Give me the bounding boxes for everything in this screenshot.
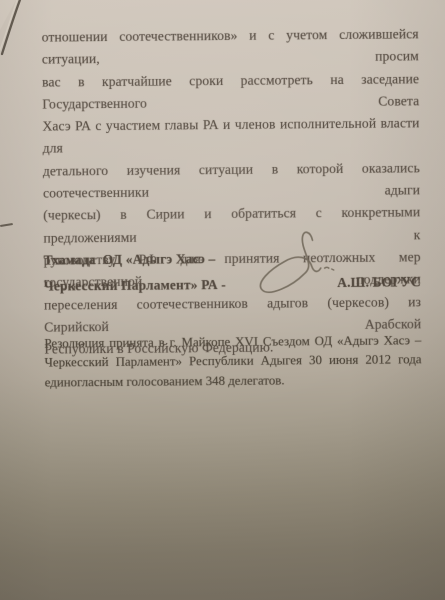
paragraph-line: (черкесы) в Сирии и обратиться с конкрет…: [43, 202, 420, 250]
paragraph-line: отношении соотечественников» и с учетом …: [42, 23, 419, 71]
document-content: отношении соотечественников» и с учетом …: [0, 0, 445, 600]
paragraph-line: Хасэ РА с участием главы РА и членов исп…: [42, 112, 419, 160]
main-paragraph: отношении соотечественников» и с учетом …: [42, 23, 422, 361]
note-line: Черкесский Парламент» Республики Адыгея …: [44, 351, 421, 374]
handwritten-signature: [254, 228, 340, 305]
note-line: единогласным голосованием 348 делегатов.: [45, 370, 422, 393]
signature-block: Тхамада ОД «Адыгэ Хасэ – Черкесский Парл…: [44, 244, 422, 307]
photographed-document-page: отношении соотечественников» и с учетом …: [0, 0, 445, 600]
paragraph-line: вас в кратчайшие сроки рассмотреть на за…: [42, 68, 419, 116]
paragraph-line: детального изучения ситуации в которой о…: [43, 157, 420, 205]
signatory-name: А.Ш. БОГУС: [337, 269, 421, 296]
resolution-note-paragraph: Резолюция принята в г. Майкопе XVI Съезд…: [44, 331, 421, 393]
